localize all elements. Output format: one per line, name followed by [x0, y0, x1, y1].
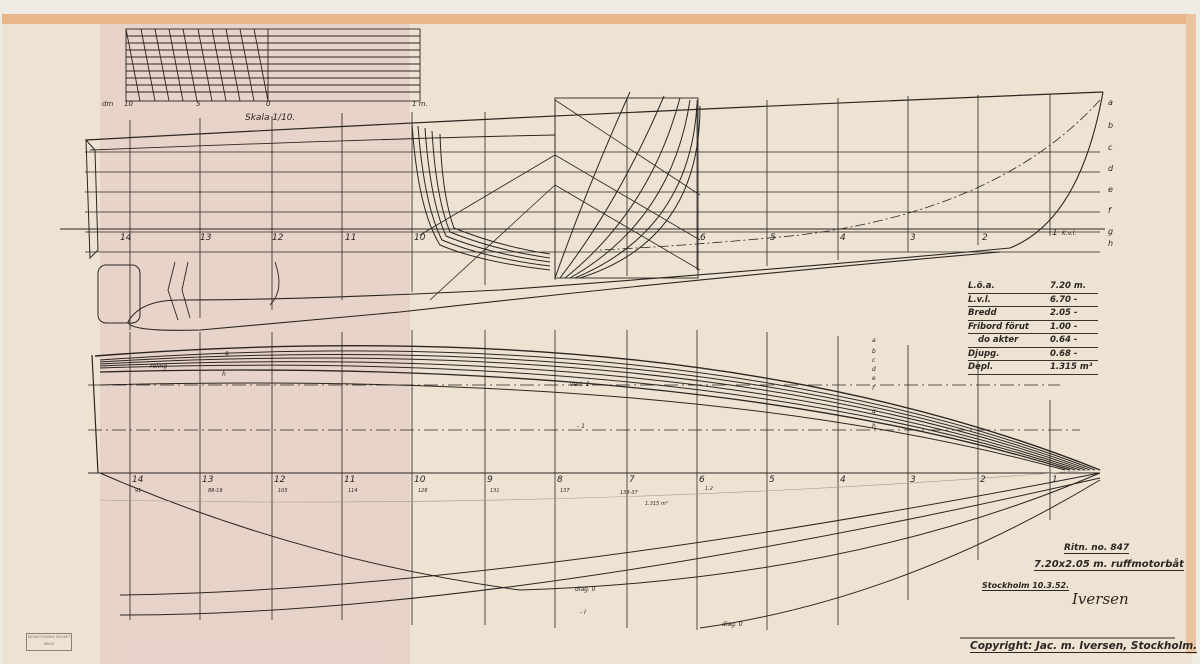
spec-row: do akter0.64 -	[968, 334, 1098, 348]
svg-text:diag. 0: diag. 0	[722, 621, 743, 628]
svg-text:b: b	[872, 348, 876, 355]
svg-text:5: 5	[769, 475, 775, 485]
svg-text:3: 3	[910, 475, 916, 485]
svg-text:g: g	[225, 350, 229, 357]
svg-text:1 m.: 1 m.	[412, 100, 428, 108]
svg-text:h: h	[1108, 239, 1113, 248]
profile-waterline-labels: a b c d e f g h	[1108, 98, 1114, 248]
svg-text:12: 12	[272, 233, 284, 243]
svg-text:g: g	[872, 408, 876, 415]
svg-text:12: 12	[274, 475, 286, 485]
svg-text:3: 3	[910, 233, 916, 243]
svg-text:h: h	[222, 371, 226, 378]
svg-text:1: 1	[1052, 475, 1058, 485]
specifications-table: L.ö.a.7.20 m. L.v.l.6.70 - Bredd2.05 - F…	[968, 280, 1098, 375]
scale-bar-grid	[126, 29, 420, 101]
svg-text:- 1: - 1	[577, 423, 585, 430]
svg-text:vert. 2: vert. 2	[570, 381, 590, 388]
half-breadth-station-labels: 14 13 12 11 10 9 8 7 6 5 4 3 2 1	[132, 475, 1058, 485]
svg-text:6: 6	[700, 233, 706, 243]
svg-text:0: 0	[266, 100, 271, 108]
diagonal-plan-curves	[100, 473, 1100, 628]
svg-text:133-37: 133-37	[620, 490, 639, 496]
svg-text:7: 7	[629, 475, 635, 485]
svg-text:2: 2	[980, 475, 986, 485]
svg-text:11: 11	[345, 233, 356, 243]
sheer-line	[86, 92, 1103, 140]
svg-text:1: 1	[1052, 228, 1058, 238]
body-plan-fwd-sections	[555, 92, 700, 278]
svg-text:13: 13	[200, 233, 212, 243]
svg-text:10: 10	[414, 475, 426, 485]
svg-text:13: 13	[202, 475, 214, 485]
svg-text:b: b	[1108, 121, 1113, 130]
copyright-notice: Copyright: Jac. m. Iversen, Stockholm.	[970, 640, 1197, 653]
svg-text:14: 14	[120, 233, 132, 243]
hull-profile	[128, 92, 1103, 330]
svg-text:5: 5	[770, 233, 776, 243]
svg-text:4: 4	[840, 233, 846, 243]
spec-row: Djupg.0.68 -	[968, 348, 1098, 362]
svg-text:5: 5	[196, 100, 201, 108]
svg-text:c: c	[872, 357, 876, 364]
svg-text:a: a	[872, 337, 876, 344]
svg-text:10: 10	[124, 100, 133, 108]
svg-text:88-19: 88-19	[208, 488, 223, 494]
svg-text:- I: - I	[580, 609, 586, 616]
svg-text:2: 2	[982, 233, 988, 243]
svg-text:1.2: 1.2	[705, 486, 713, 492]
svg-text:11: 11	[344, 475, 355, 485]
spec-row: Fribord förut1.00 -	[968, 321, 1098, 335]
svg-text:137: 137	[560, 488, 570, 494]
svg-text:e: e	[1108, 185, 1113, 194]
half-breadth-waterlines	[95, 346, 1100, 470]
svg-text:Skala 1/10.: Skala 1/10.	[245, 113, 295, 123]
svg-text:131: 131	[490, 488, 500, 494]
svg-text:14: 14	[132, 475, 144, 485]
spec-row: Bredd2.05 -	[968, 307, 1098, 321]
svg-text:10: 10	[414, 233, 426, 243]
svg-text:K.v.l.: K.v.l.	[1062, 230, 1076, 237]
svg-text:8: 8	[557, 475, 563, 485]
body-plan-diagonals	[420, 100, 700, 300]
svg-text:114: 114	[348, 488, 358, 494]
body-plan-aft-sections	[412, 124, 550, 270]
svg-text:91: 91	[135, 488, 141, 494]
place-date: Stockholm 10.3.52.	[982, 581, 1069, 591]
svg-text:dm: dm	[102, 100, 113, 108]
svg-text:4: 4	[840, 475, 846, 485]
profile-waterlines	[85, 152, 1100, 252]
svg-text:126: 126	[418, 488, 428, 494]
svg-text:d: d	[872, 366, 876, 373]
archive-stamp: SJÖHISTORISKA MUSEET ARKIV	[26, 633, 72, 651]
svg-text:f: f	[1108, 206, 1112, 215]
diagonal-labels: diag. II - I diag. 0	[575, 586, 743, 628]
svg-text:9: 9	[487, 475, 493, 485]
svg-text:g: g	[1108, 227, 1113, 236]
drawing-number: Ritn. no. 847	[1064, 543, 1129, 554]
svg-text:6: 6	[699, 475, 705, 485]
drawing-title: 7.20x2.05 m. ruffmotorbåt	[1034, 559, 1184, 571]
svg-text:h: h	[872, 423, 876, 430]
spec-row: L.v.l.6.70 -	[968, 294, 1098, 308]
svg-text:105: 105	[278, 488, 288, 494]
spec-row: Depl.1.315 m³	[968, 361, 1098, 375]
svg-text:reling: reling	[150, 363, 167, 370]
svg-text:a: a	[1108, 98, 1113, 107]
svg-text:e: e	[872, 375, 876, 382]
scale-bar-labels: dm 10 5 0 1 m. Skala 1/10.	[102, 100, 428, 123]
svg-text:1.315 m³: 1.315 m³	[645, 501, 668, 507]
profile-station-labels: 14 13 12 11 10 6 5 4 3 2 1 K.v.l.	[120, 228, 1076, 243]
svg-text:diag. II: diag. II	[575, 586, 596, 593]
svg-text:c: c	[1108, 143, 1113, 152]
signature: Iversen	[1072, 590, 1129, 608]
svg-text:d: d	[1108, 164, 1114, 173]
drawing-sheet: 14 13 12 11 10 6 5 4 3 2 1 K.v.l. a b c …	[0, 0, 1200, 664]
spec-row: L.ö.a.7.20 m.	[968, 280, 1098, 294]
svg-text:f: f	[872, 385, 875, 392]
